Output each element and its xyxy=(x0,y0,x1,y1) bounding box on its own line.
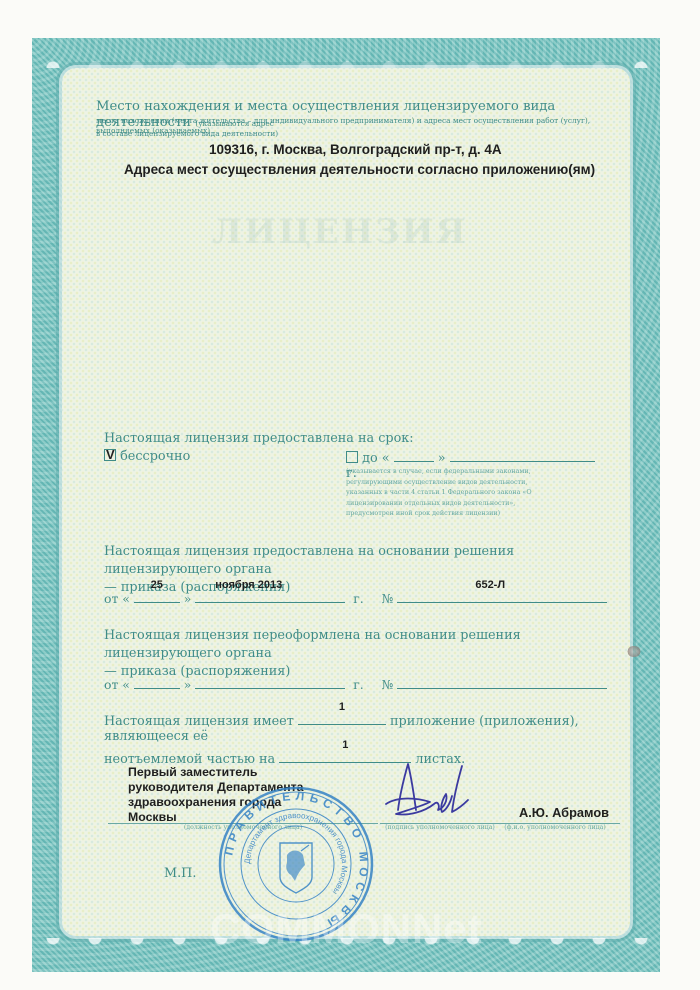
basis-date-field[interactable]: ноября 2013 xyxy=(195,590,345,603)
basis-order-row: от « 25 » ноября 2013 г. № 652-Л xyxy=(104,590,624,606)
reissue-number-field[interactable] xyxy=(397,676,607,689)
basis-year-suffix: г. xyxy=(353,591,363,606)
handwritten-signature-icon xyxy=(378,760,478,818)
until-day-field[interactable] xyxy=(394,449,434,462)
signature-signline: (подпись уполномоченного лица) xyxy=(380,823,500,831)
location-heading-note-line3: в составе лицензируемого вида деятельнос… xyxy=(96,129,278,138)
reissue-day-field[interactable] xyxy=(134,676,180,689)
basis-day-field[interactable]: 25 xyxy=(134,590,180,603)
annex-text-1: Настоящая лицензия имеет xyxy=(104,714,294,729)
reissue-year-suffix: г. xyxy=(353,677,363,692)
term-title: Настоящая лицензия предоставлена на срок… xyxy=(104,431,414,446)
signature-caption: (подпись уполномоченного лица) xyxy=(380,824,500,831)
basis-number-sign: № xyxy=(382,591,394,606)
name-signline: (ф.и.о. уполномоченного лица) xyxy=(490,823,620,831)
reissue-from-prefix: от « xyxy=(104,677,130,692)
border-scallop-top xyxy=(32,54,660,68)
reissue-text-line1: Настоящая лицензия переоформлена на осно… xyxy=(104,627,624,663)
reissue-date-field[interactable] xyxy=(195,676,345,689)
reissue-order-row: от « » г. № xyxy=(104,676,624,692)
unlimited-checkbox[interactable] xyxy=(104,449,116,461)
position-line: Первый заместитель xyxy=(128,765,348,780)
basis-from-mid: » xyxy=(184,591,192,606)
site-watermark: COMMONNet xyxy=(210,905,483,953)
unlimited-label: бессрочно xyxy=(120,449,190,464)
basis-text-line1: Настоящая лицензия предоставлена на осно… xyxy=(104,543,624,579)
reissue-text: Настоящая лицензия переоформлена на осно… xyxy=(104,627,624,681)
term-footnote: (указывается в случае, если федеральными… xyxy=(346,466,546,519)
seal-label: М.П. xyxy=(164,866,196,881)
basis-number-field[interactable]: 652-Л xyxy=(397,590,607,603)
basis-from-prefix: от « xyxy=(104,591,130,606)
until-date-field[interactable] xyxy=(450,449,595,462)
additional-addresses-note: Адреса мест осуществления деятельности с… xyxy=(124,162,595,177)
reissue-number-sign: № xyxy=(382,677,394,692)
primary-address: 109316, г. Москва, Волгоградский пр-т, д… xyxy=(209,142,502,157)
name-caption: (ф.и.о. уполномоченного лица) xyxy=(490,824,620,831)
until-checkbox[interactable] xyxy=(346,451,358,463)
term-unlimited-option: бессрочно xyxy=(104,449,190,464)
signatory-name: А.Ю. Абрамов xyxy=(519,805,609,820)
show-through-title: ЛИЦЕНЗИЯ xyxy=(212,212,468,252)
until-prefix: до « xyxy=(362,451,389,466)
reissue-from-mid: » xyxy=(184,677,192,692)
paper-stain xyxy=(627,646,641,657)
annex-count-field[interactable]: 1 xyxy=(298,712,386,725)
until-mid: » xyxy=(438,451,446,466)
